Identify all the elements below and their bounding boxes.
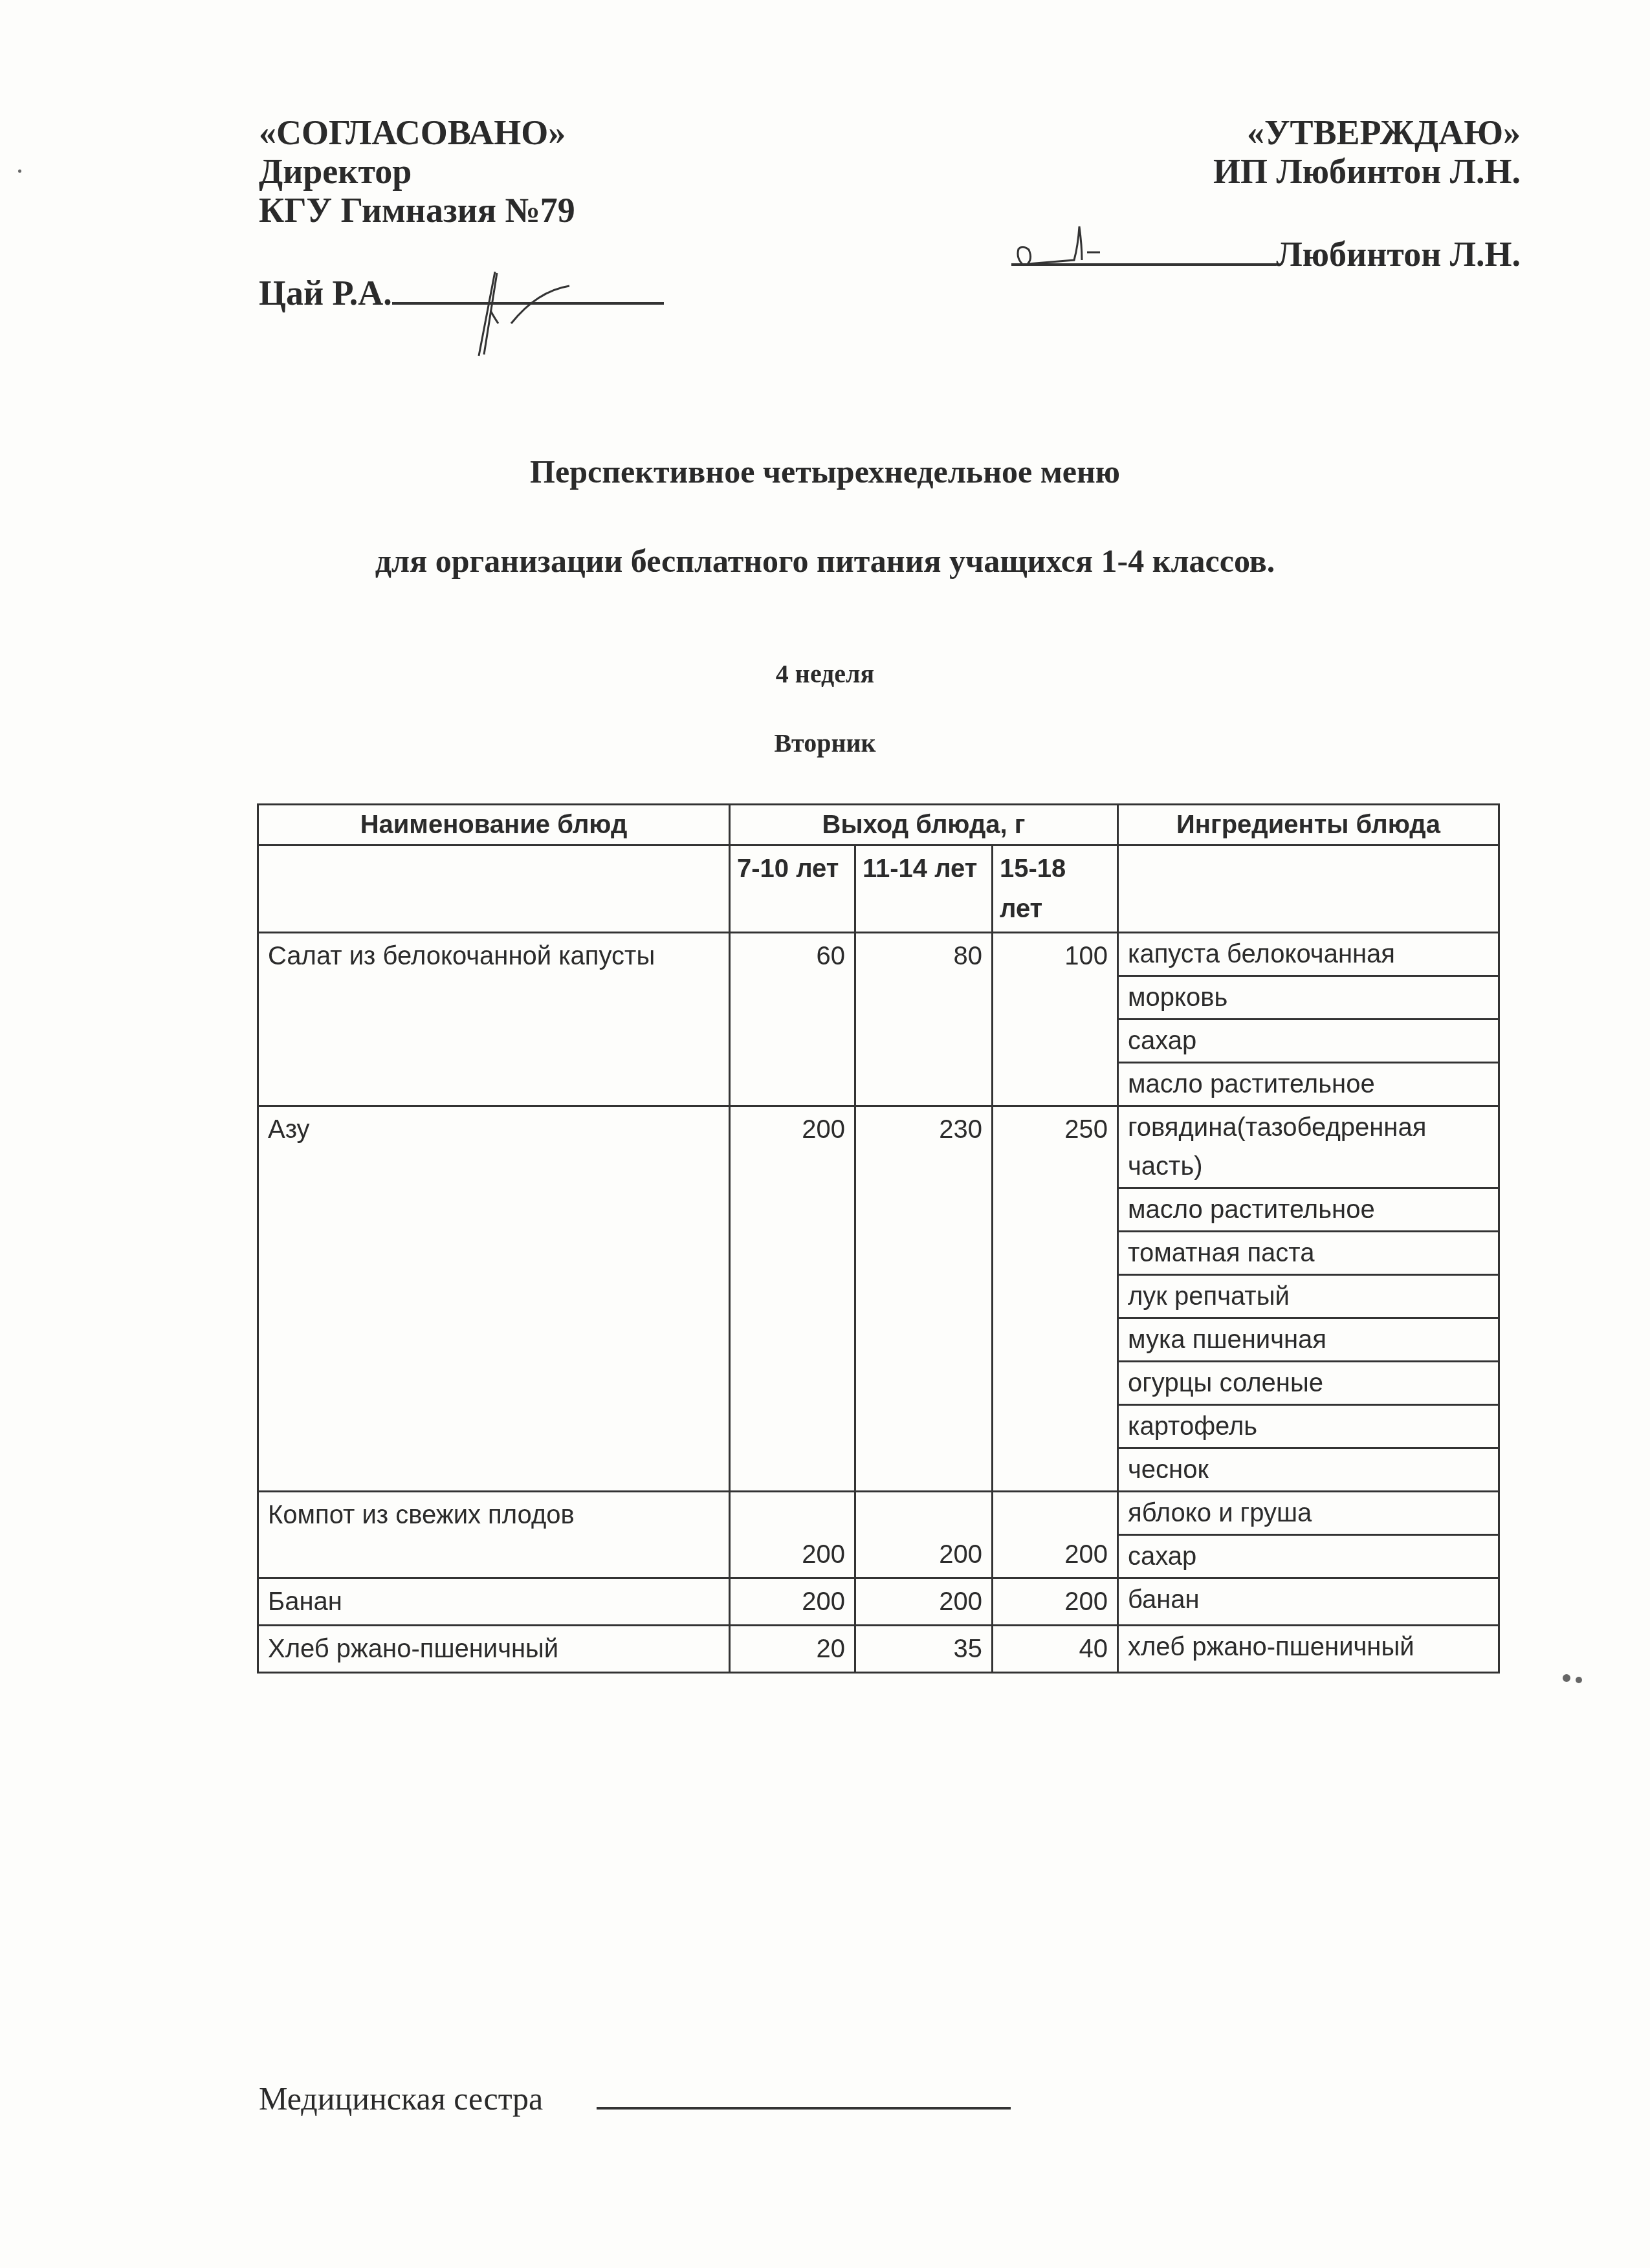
ingredient-item: морковь (1119, 975, 1498, 1018)
signature-scribble-left-icon (453, 265, 608, 362)
table-row: Салат из белокочанной капусты6080100капу… (258, 933, 1499, 1106)
yield-value: 40 (993, 1626, 1118, 1673)
table-subheader-row: 7-10 лет 11-14 лет 15-18 лет (258, 845, 1499, 933)
ingredient-item: сахар (1119, 1534, 1498, 1577)
yield-value: 35 (855, 1626, 993, 1673)
ingredient-item: огурцы соленые (1119, 1360, 1498, 1404)
table-row: Азу200230250говядина(тазобедренная часть… (258, 1106, 1499, 1492)
nurse-label: Медицинская сестра (259, 2080, 543, 2117)
yield-value: 60 (730, 933, 855, 1106)
ingredient-item: банан (1119, 1579, 1498, 1620)
table-header-row: Наименование блюд Выход блюда, г Ингреди… (258, 805, 1499, 845)
menu-table: Наименование блюд Выход блюда, г Ингреди… (257, 803, 1500, 1674)
week-label: 4 неделя (0, 659, 1650, 689)
yield-value: 200 (730, 1106, 855, 1492)
ingredients-cell: яблоко и грушасахар (1118, 1492, 1499, 1578)
dish-name: Банан (258, 1578, 730, 1626)
nurse-signature-line (597, 2107, 1011, 2110)
ingredient-item: говядина(тазобедренная часть) (1119, 1107, 1498, 1187)
ingredients-cell: говядина(тазобедренная часть)масло расти… (1118, 1106, 1499, 1492)
yield-value: 20 (730, 1626, 855, 1673)
yield-value: 200 (730, 1578, 855, 1626)
signature-scribble-right-icon (1009, 220, 1139, 278)
nurse-signature-row: Медицинская сестра (259, 2080, 1011, 2117)
scan-speck (1563, 1674, 1570, 1682)
approval-right-heading: «УТВЕРЖДАЮ» (1011, 113, 1521, 152)
ingredient-item: сахар (1119, 1018, 1498, 1062)
yield-value: 200 (993, 1492, 1118, 1578)
yield-value: 200 (993, 1578, 1118, 1626)
yield-value: 230 (855, 1106, 993, 1492)
yield-value: 200 (855, 1578, 993, 1626)
dish-name: Компот из свежих плодов (258, 1492, 730, 1578)
ingredient-item: капуста белокочанная (1119, 933, 1498, 975)
ingredient-item: томатная паста (1119, 1230, 1498, 1274)
approval-left-signatory: Цай Р.А. (259, 274, 392, 312)
table-row: Банан200200200банан (258, 1578, 1499, 1626)
yield-value: 250 (993, 1106, 1118, 1492)
dish-name: Хлеб ржано-пшеничный (258, 1626, 730, 1673)
age-group: 15-18 лет (993, 845, 1118, 933)
age-group: 7-10 лет (730, 845, 855, 933)
table-row: Компот из свежих плодов200200200яблоко и… (258, 1492, 1499, 1578)
table-row: Хлеб ржано-пшеничный203540хлеб ржано-пше… (258, 1626, 1499, 1673)
ingredient-item: лук репчатый (1119, 1274, 1498, 1317)
yield-value: 200 (855, 1492, 993, 1578)
approval-left-position: Директор (259, 152, 664, 191)
scan-speck (1576, 1677, 1582, 1683)
dish-name: Салат из белокочанной капусты (258, 933, 730, 1106)
ingredient-item: хлеб ржано-пшеничный (1119, 1626, 1498, 1668)
approval-right-signatory: Любинтон Л.Н. (1277, 235, 1521, 274)
age-group: 11-14 лет (855, 845, 993, 933)
ingredients-cell: хлеб ржано-пшеничный (1118, 1626, 1499, 1673)
approval-right-organization: ИП Любинтон Л.Н. (1011, 152, 1521, 191)
ingredient-item: масло растительное (1119, 1187, 1498, 1230)
yield-value: 200 (730, 1492, 855, 1578)
ingredient-item: чеснок (1119, 1447, 1498, 1490)
header-dish: Наименование блюд (258, 805, 730, 845)
yield-value: 100 (993, 933, 1118, 1106)
ingredient-item: яблоко и груша (1119, 1492, 1498, 1534)
ingredient-item: масло растительное (1119, 1062, 1498, 1105)
ingredients-cell: капуста белокочаннаяморковьсахармасло ра… (1118, 933, 1499, 1106)
scan-speck (18, 169, 21, 173)
document-title-line1: Перспективное четырехнедельное меню (0, 453, 1650, 490)
approval-left-organization: КГУ Гимназия №79 (259, 191, 664, 230)
ingredients-cell: банан (1118, 1578, 1499, 1626)
day-label: Вторник (0, 728, 1650, 758)
yield-value: 80 (855, 933, 993, 1106)
ingredient-item: мука пшеничная (1119, 1317, 1498, 1360)
header-yield: Выход блюда, г (730, 805, 1118, 845)
dish-name: Азу (258, 1106, 730, 1492)
document-title-line2: для организации бесплатного питания учащ… (0, 542, 1650, 580)
approval-left-heading: «СОГЛАСОВАНО» (259, 113, 664, 152)
header-ingredients: Ингредиенты блюда (1118, 805, 1499, 845)
ingredient-item: картофель (1119, 1404, 1498, 1447)
